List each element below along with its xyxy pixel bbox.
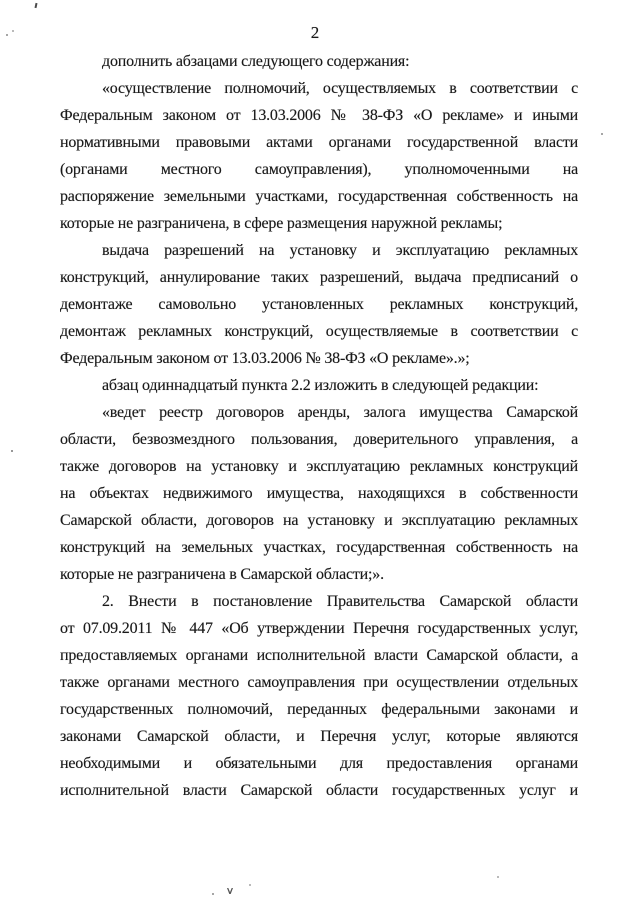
text-line: Федеральным законом от 13.03.2006 № 38-Ф… xyxy=(60,102,578,129)
text-line: Федеральным законом от 13.03.2006 № 38-Ф… xyxy=(60,345,578,372)
text-line: 2. Внести в постановление Правительства … xyxy=(60,588,578,615)
text-line: конструкций, аннулирование таких разреше… xyxy=(60,264,578,291)
text-line: демонтаж рекламных конструкций, осуществ… xyxy=(60,318,578,345)
scan-artifact xyxy=(35,3,38,8)
text-body: дополнить абзацами следующего содержания… xyxy=(60,48,578,804)
text-line: дополнить абзацами следующего содержания… xyxy=(60,48,578,75)
page-number: 2 xyxy=(250,23,380,43)
scan-artifact xyxy=(12,30,14,32)
text-line: (органами местного самоуправления), упол… xyxy=(60,156,578,183)
scan-artifact xyxy=(11,450,13,452)
text-line: на объектах недвижимого имущества, наход… xyxy=(60,480,578,507)
text-line: также договоров на установку и эксплуата… xyxy=(60,453,578,480)
text-line: нормативными правовыми актами органами г… xyxy=(60,129,578,156)
text-line: которые не разграничена, в сфере размеще… xyxy=(60,210,578,237)
scan-artifact xyxy=(212,893,214,895)
text-line: исполнительной власти Самарской области … xyxy=(60,777,578,804)
text-line: которые не разграничена в Самарской обла… xyxy=(60,561,578,588)
text-line: также органами местного самоуправления п… xyxy=(60,669,578,696)
scan-artifact xyxy=(6,34,8,36)
text-line: законами Самарской области, и Перечня ус… xyxy=(60,723,578,750)
text-line: конструкций на земельных участках, госуд… xyxy=(60,534,578,561)
scan-artifact xyxy=(249,884,251,886)
scan-artifact xyxy=(497,876,499,878)
document-page: 2 дополнить абзацами следующего содержан… xyxy=(0,0,640,905)
text-line: предоставляемых органами исполнительной … xyxy=(60,642,578,669)
scan-artifact xyxy=(227,888,233,894)
text-line: демонтаже самовольно установленных рекла… xyxy=(60,291,578,318)
text-line: «осуществление полномочий, осуществляемы… xyxy=(60,75,578,102)
text-line: абзац одиннадцатый пункта 2.2 изложить в… xyxy=(60,372,578,399)
text-line: от 07.09.2011 № 447 «Об утверждении Пере… xyxy=(60,615,578,642)
text-line: государственных полномочий, переданных ф… xyxy=(60,696,578,723)
text-line: выдача разрешений на установку и эксплуа… xyxy=(60,237,578,264)
text-line: области, безвозмездного пользования, дов… xyxy=(60,426,578,453)
text-line: распоряжение земельными участками, госуд… xyxy=(60,183,578,210)
text-line: необходимыми и обязательными для предост… xyxy=(60,750,578,777)
scan-artifact xyxy=(601,133,603,135)
text-line: Самарской области, договоров на установк… xyxy=(60,507,578,534)
text-line: «ведет реестр договоров аренды, залога и… xyxy=(60,399,578,426)
